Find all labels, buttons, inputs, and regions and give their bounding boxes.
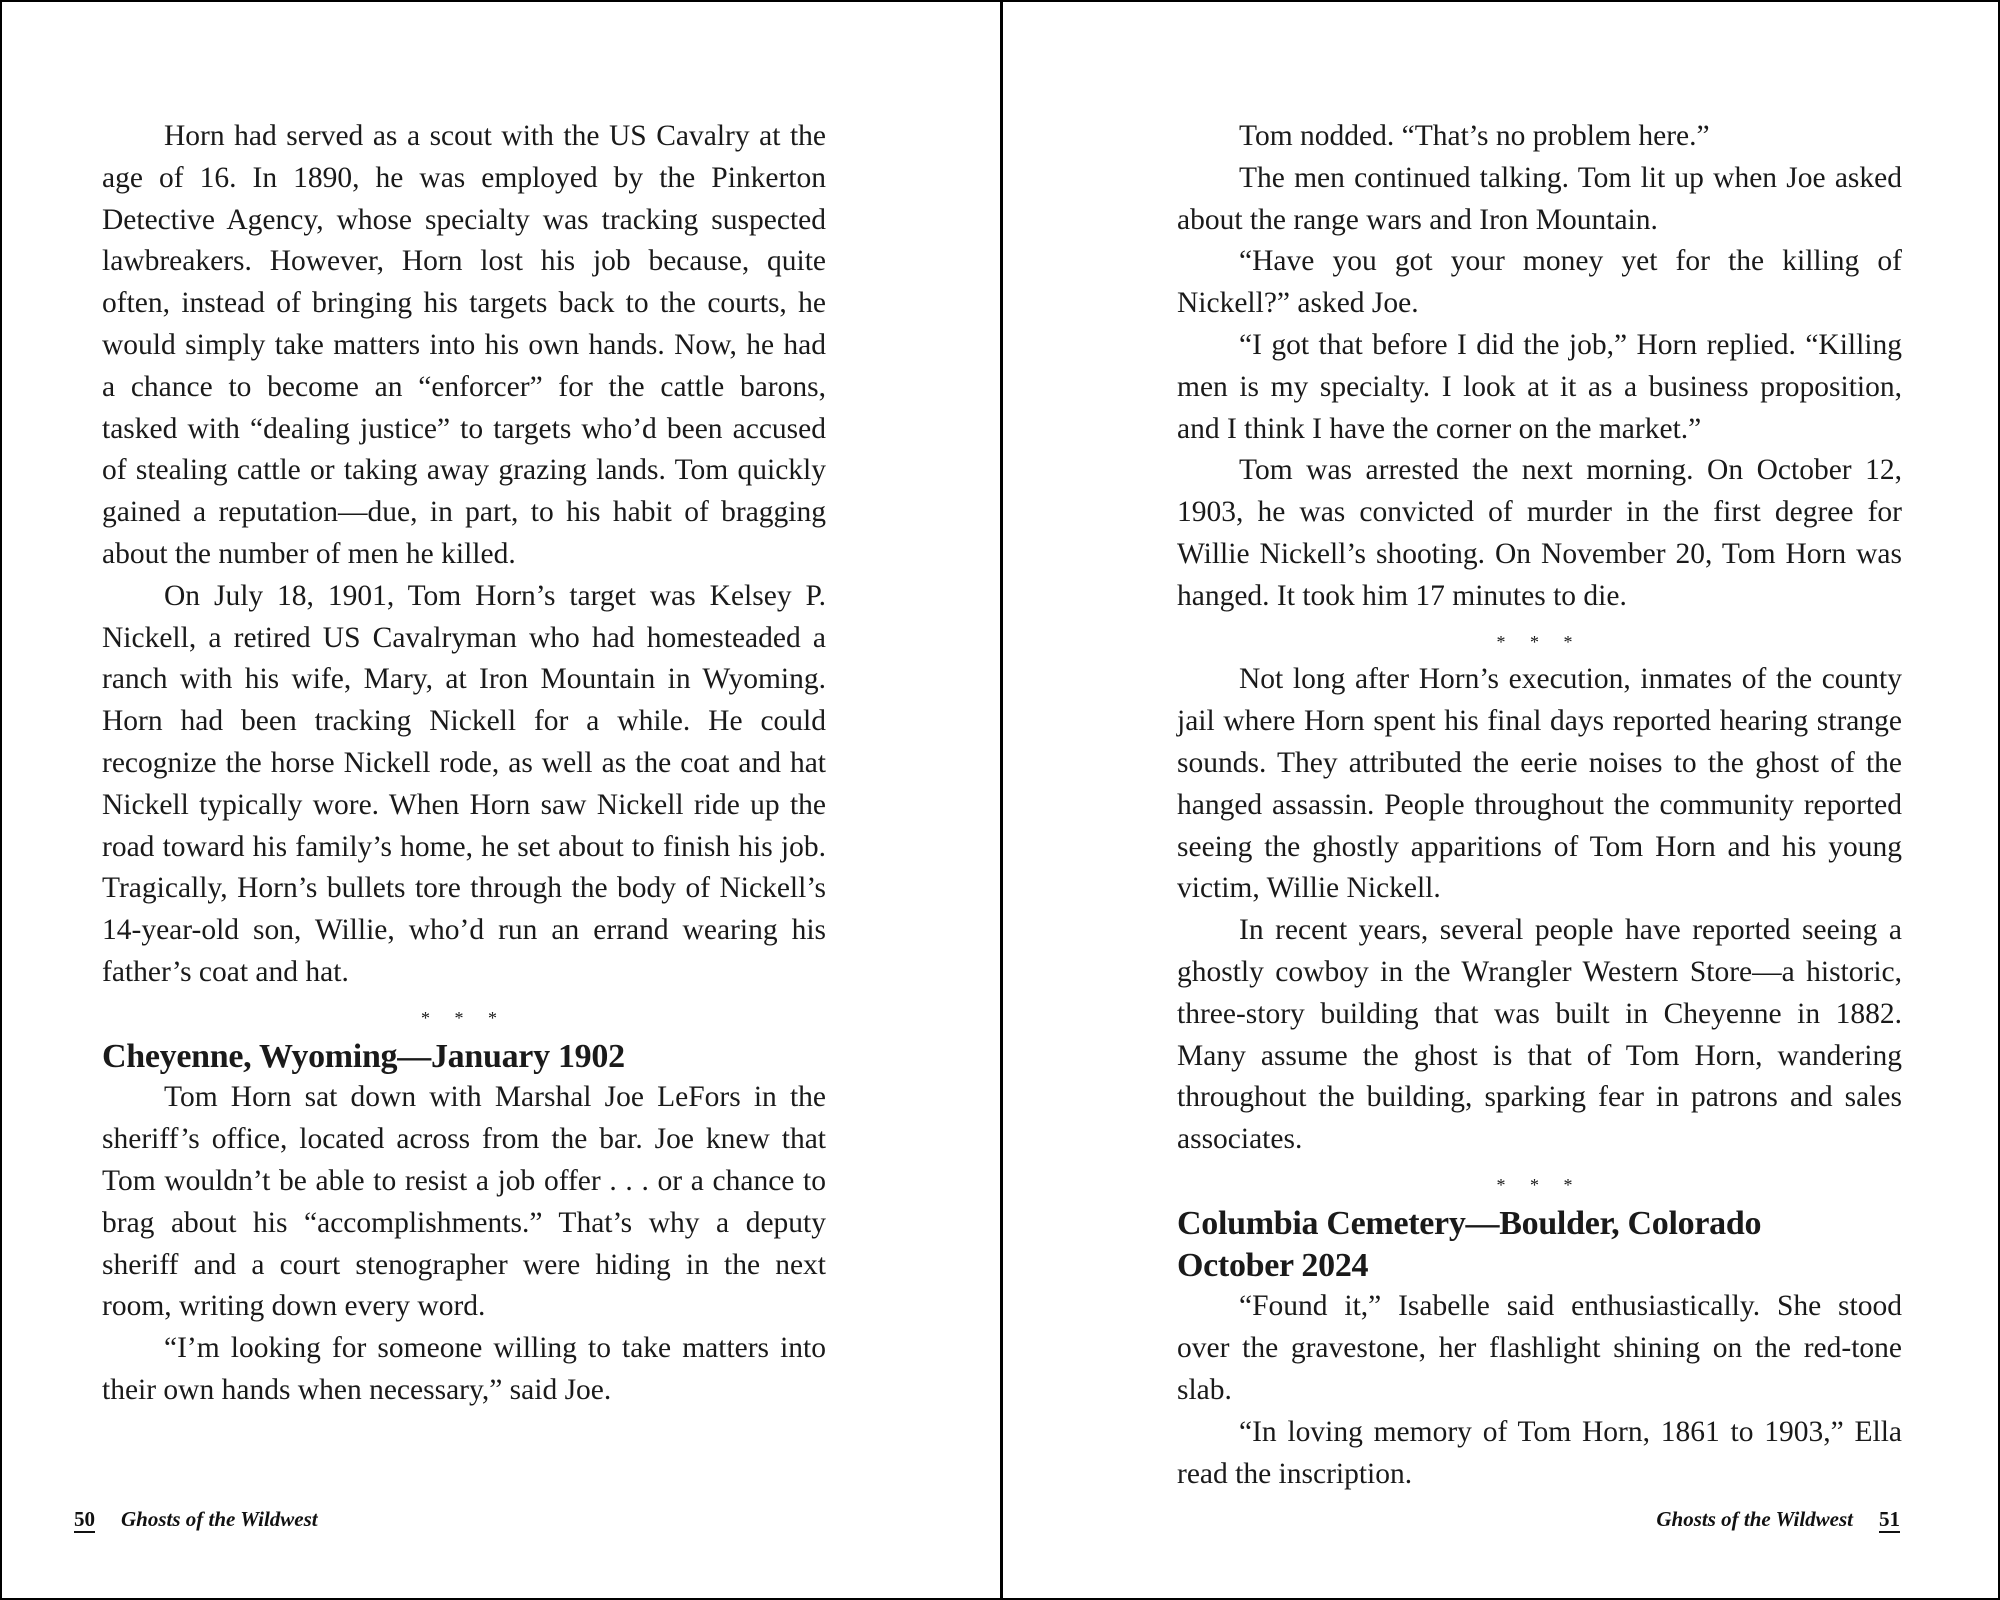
running-title: Ghosts of the Wildwest <box>1656 1507 1853 1532</box>
heading-line-location: Columbia Cemetery—Boulder, Colorado <box>1177 1205 1761 1242</box>
section-heading-cheyenne: Cheyenne, Wyoming—January 1902 <box>102 1036 826 1078</box>
paragraph-men-talking: The men continued talking. Tom lit up wh… <box>1177 158 1902 242</box>
right-page-footer: Ghosts of the Wildwest 51 <box>1656 1507 1900 1532</box>
paragraph-horn-background: Horn had served as a scout with the US C… <box>102 116 826 576</box>
page-number: 51 <box>1879 1507 1900 1532</box>
paragraph-money-question: “Have you got your money yet for the kil… <box>1177 241 1902 325</box>
paragraph-wrangler-store: In recent years, several people have rep… <box>1177 910 1902 1161</box>
heading-line-date: October 2024 <box>1177 1247 1368 1284</box>
paragraph-joe-dialogue: “I’m looking for someone willing to take… <box>102 1328 826 1412</box>
page-number: 50 <box>74 1507 95 1532</box>
section-break: * * * <box>1177 618 1902 660</box>
section-break: * * * <box>1177 1161 1902 1203</box>
paragraph-jail-ghost: Not long after Horn’s execution, inmates… <box>1177 659 1902 910</box>
section-heading-columbia-cemetery: Columbia Cemetery—Boulder, Colorado Octo… <box>1177 1203 1902 1287</box>
right-page: Tom nodded. “That’s no problem here.” Th… <box>1003 2 2000 1600</box>
book-spread: Horn had served as a scout with the US C… <box>0 0 2000 1600</box>
left-page: Horn had served as a scout with the US C… <box>2 2 1000 1600</box>
paragraph-horn-reply: “I got that before I did the job,” Horn … <box>1177 325 1902 450</box>
running-title: Ghosts of the Wildwest <box>121 1507 318 1532</box>
paragraph-inscription: “In loving memory of Tom Horn, 1861 to 1… <box>1177 1412 1902 1496</box>
left-page-text-column: Horn had served as a scout with the US C… <box>102 116 826 1412</box>
paragraph-arrest: Tom was arrested the next morning. On Oc… <box>1177 450 1902 617</box>
paragraph-sheriff-office: Tom Horn sat down with Marshal Joe LeFor… <box>102 1077 826 1328</box>
section-break: * * * <box>102 994 826 1036</box>
paragraph-nickell-shooting: On July 18, 1901, Tom Horn’s target was … <box>102 576 826 994</box>
paragraph-tom-nodded: Tom nodded. “That’s no problem here.” <box>1177 116 1902 158</box>
left-page-footer: 50 Ghosts of the Wildwest <box>74 1507 318 1532</box>
paragraph-found-it: “Found it,” Isabelle said enthusiastical… <box>1177 1286 1902 1411</box>
right-page-text-column: Tom nodded. “That’s no problem here.” Th… <box>1177 116 1902 1495</box>
